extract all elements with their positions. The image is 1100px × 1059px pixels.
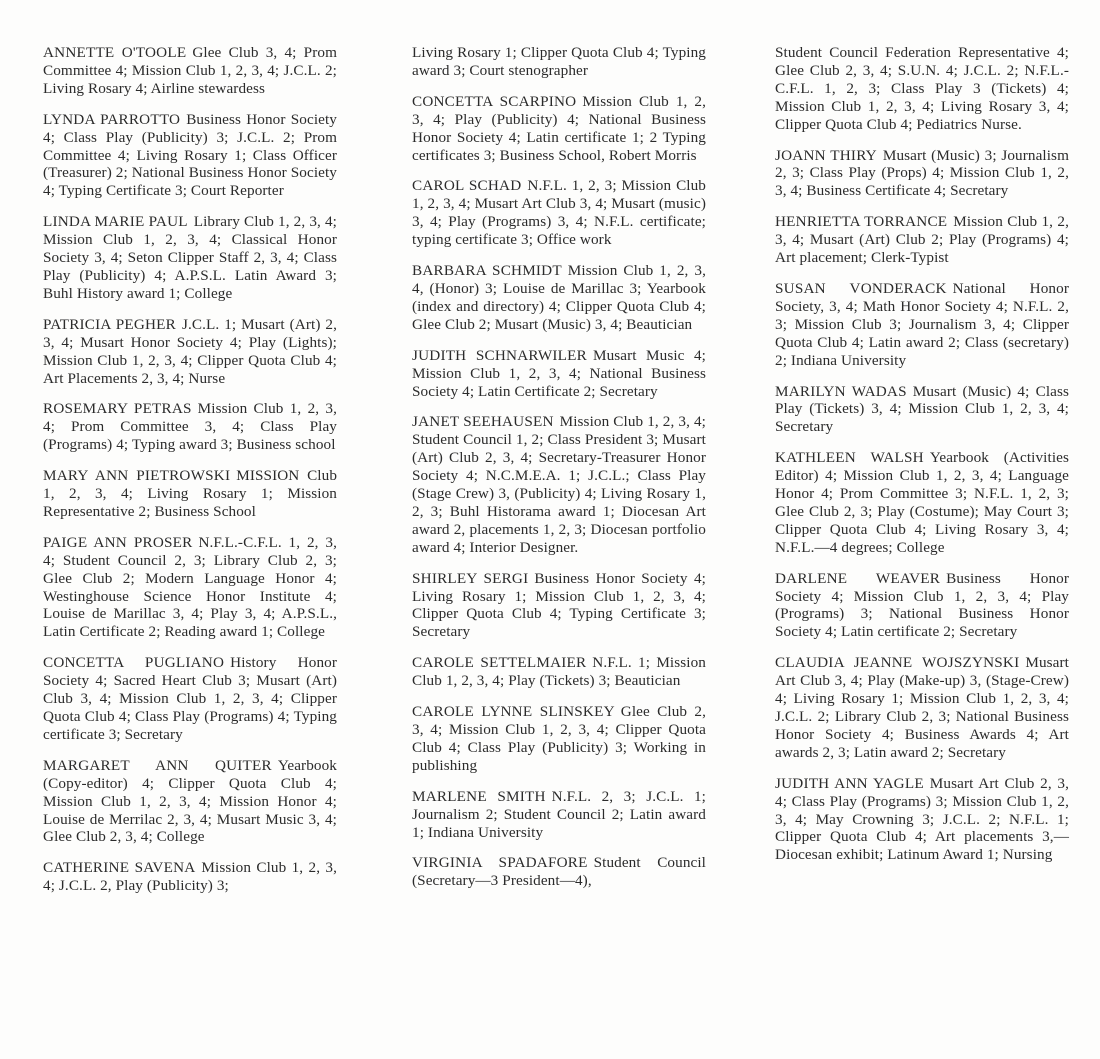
student-activities: Student Council Federation Represent­ati…	[775, 44, 1069, 133]
student-name: PATRICIA PEGHER	[43, 316, 176, 333]
student-name: HENRIETTA TORRANCE	[775, 213, 947, 230]
student-entry: LINDA MARIE PAULLibrary Club 1, 2, 3, 4;…	[43, 213, 337, 303]
student-entry: MARLENE SMITHN.F.L. 2, 3; J.C.L. 1; Jour…	[412, 788, 706, 842]
student-entry: JANET SEEHAUSENMission Club 1, 2, 3, 4; …	[412, 413, 706, 556]
student-entry: JUDITH SCHNARWILERMusart Mu­sic 4; Missi…	[412, 347, 706, 401]
student-entry: LYNDA PARROTTOBusiness Honor Society 4; …	[43, 111, 337, 201]
student-entry: CAROL SCHADN.F.L. 1, 2, 3; Mis­sion Club…	[412, 177, 706, 249]
student-entry: PATRICIA PEGHERJ.C.L. 1; Musart (Art) 2,…	[43, 316, 337, 388]
student-entry: BARBARA SCHMIDTMission Club 1, 2, 3, 4, …	[412, 262, 706, 334]
student-name: MARILYN WADAS	[775, 383, 907, 400]
student-entry: CAROLE LYNNE SLINSKEYGlee Club 2, 3, 4; …	[412, 703, 706, 775]
column-1: ANNETTE O'TOOLEGlee Club 3, 4; Prom Comm…	[43, 44, 337, 908]
student-name: CONCETTA PUGLIANO	[43, 654, 224, 671]
student-name: CONCETTA SCARPINO	[412, 93, 576, 110]
student-entry: DARLENE WEAVERBusiness Honor Society 4; …	[775, 570, 1069, 642]
student-name: ROSEMARY PETRAS	[43, 400, 192, 417]
student-entry: SUSAN VONDERACKNational Hon­or Society, …	[775, 280, 1069, 370]
student-name: LINDA MARIE PAUL	[43, 213, 188, 230]
column-2: Living Rosary 1; Clipper Quota Club 4; T…	[412, 44, 706, 903]
student-entry: ROSEMARY PETRASMission Club 1, 2, 3, 4; …	[43, 400, 337, 454]
student-name: MARLENE SMITH	[412, 788, 546, 805]
student-name: JOANN THIRY	[775, 147, 877, 164]
student-name: CLAUDIA JEANNE WOJSZYNSKI	[775, 654, 1019, 671]
student-name: CAROLE LYNNE SLINSKEY	[412, 703, 615, 720]
student-entry: CATHERINE SAVENAMission Club 1, 2, 3, 4;…	[43, 859, 337, 895]
student-name: CAROLE SETTELMAIER	[412, 654, 586, 671]
student-name: PAIGE ANN PROSER	[43, 534, 192, 551]
student-name: KATHLEEN WALSH	[775, 449, 924, 466]
student-entry: JUDITH ANN YAGLEMusart Art Club 2, 3, 4;…	[775, 775, 1069, 865]
student-name: LYNDA PARROTTO	[43, 111, 180, 128]
student-name: BARBARA SCHMIDT	[412, 262, 562, 279]
student-entry: MARILYN WADASMusart (Music) 4; Class Pla…	[775, 383, 1069, 437]
student-entry: ANNETTE O'TOOLEGlee Club 3, 4; Prom Comm…	[43, 44, 337, 98]
student-name: JANET SEEHAUSEN	[412, 413, 554, 430]
student-name: SHIRLEY SERGI	[412, 570, 528, 587]
student-name: SUSAN VONDERACK	[775, 280, 947, 297]
student-entry: CONCETTA SCARPINOMission Club 1, 2, 3, 4…	[412, 93, 706, 165]
student-name: MARGARET ANN QUITER	[43, 757, 272, 774]
student-activities: Mission Club 1, 2, 3, 4; Student Council…	[412, 413, 706, 555]
student-entry: CLAUDIA JEANNE WOJSZYNSKIMusart Art Club…	[775, 654, 1069, 761]
yearbook-senior-activities-page: ANNETTE O'TOOLEGlee Club 3, 4; Prom Comm…	[0, 44, 1100, 1044]
student-name: ANNETTE O'TOOLE	[43, 44, 186, 61]
student-entry: VIRGINIA SPADAFOREStudent Council (Secre…	[412, 854, 706, 890]
student-name: DARLENE WEAVER	[775, 570, 940, 587]
student-entry: PAIGE ANN PROSERN.F.L.-C.F.L. 1, 2, 3, 4…	[43, 534, 337, 641]
student-entry: HENRIETTA TORRANCEMission Club 1, 2, 3, …	[775, 213, 1069, 267]
student-entry: MARGARET ANN QUITERYearbook (Copy-editor…	[43, 757, 337, 847]
student-entry: Living Rosary 1; Clipper Quota Club 4; T…	[412, 44, 706, 80]
student-name: JUDITH ANN YAGLE	[775, 775, 924, 792]
student-entry: Student Council Federation Represent­ati…	[775, 44, 1069, 134]
student-entry: CONCETTA PUGLIANOHistory Honor Society 4…	[43, 654, 337, 744]
student-name: VIRGINIA SPADAFORE	[412, 854, 588, 871]
student-entry: MARY ANN PIETROWSKIMISSION Club 1, 2, 3,…	[43, 467, 337, 521]
column-3: Student Council Federation Represent­ati…	[775, 44, 1069, 877]
student-entry: CAROLE SETTELMAIERN.F.L. 1; Mission Club…	[412, 654, 706, 690]
student-entry: JOANN THIRYMusart (Music) 3; Journalism …	[775, 147, 1069, 201]
student-name: CAROL SCHAD	[412, 177, 521, 194]
student-name: MARY ANN PIETROWSKI	[43, 467, 230, 484]
student-name: CATHERINE SAVENA	[43, 859, 195, 876]
student-activities: Living Rosary 1; Clipper Quota Club 4; T…	[412, 44, 706, 79]
student-entry: KATHLEEN WALSHYearbook (Ac­tivities Edit…	[775, 449, 1069, 556]
student-entry: SHIRLEY SERGIBusiness Honor So­ciety 4; …	[412, 570, 706, 642]
student-name: JUDITH SCHNARWILER	[412, 347, 587, 364]
